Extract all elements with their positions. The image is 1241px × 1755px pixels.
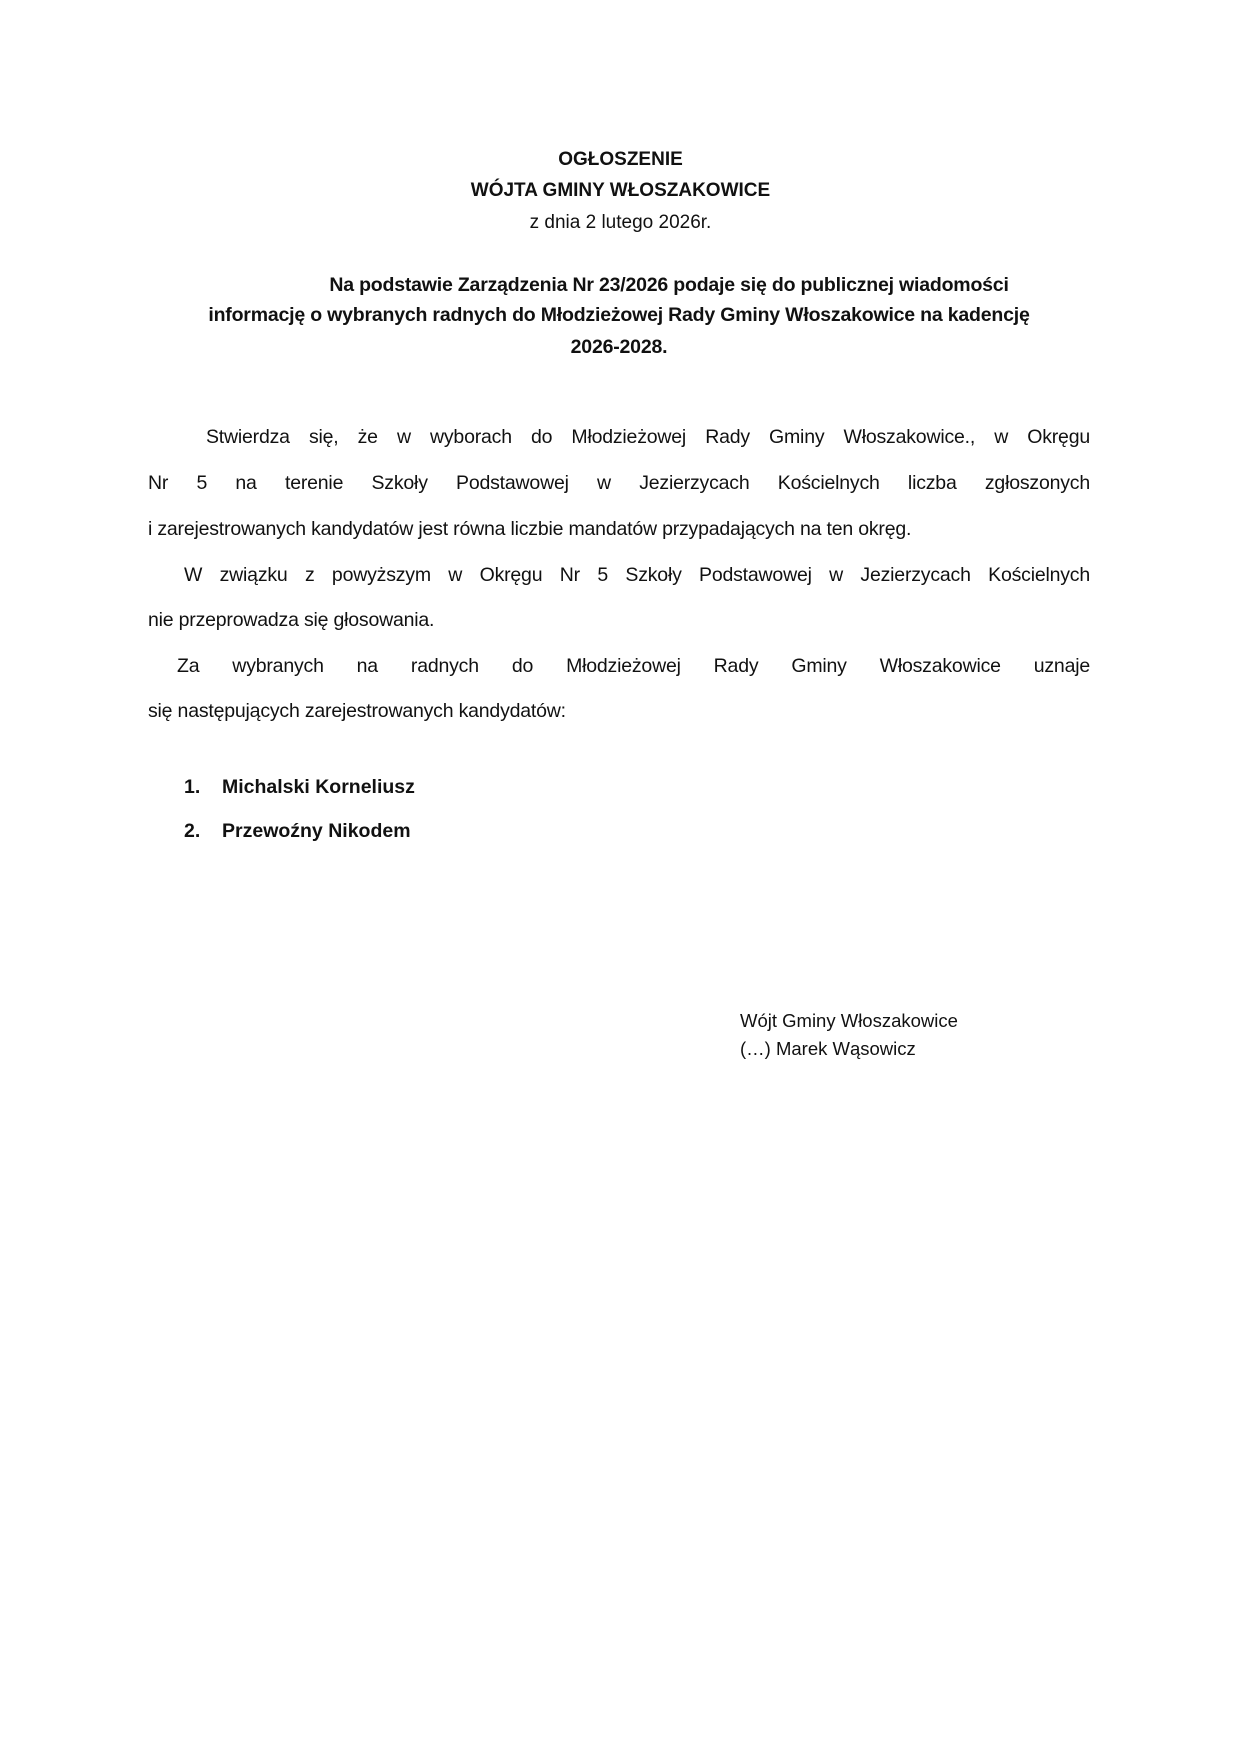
intro-line-3: 2026-2028. xyxy=(150,336,1088,359)
paragraph-1-line-2: Nr 5 na terenie Szkoły Podstawowej w Jez… xyxy=(148,472,1090,495)
document-page: OGŁOSZENIE WÓJTA GMINY WŁOSZAKOWICE z dn… xyxy=(0,0,1241,1755)
paragraph-2-line-1: W związku z powyższym w Okręgu Nr 5 Szko… xyxy=(184,564,1090,587)
list-item-number: 2. xyxy=(184,820,222,843)
paragraph-3-line-1: Za wybranych na radnych do Młodzieżowej … xyxy=(177,655,1090,678)
signature-position: Wójt Gminy Włoszakowice xyxy=(740,1010,958,1032)
intro-line-2: informację o wybranych radnych do Młodzi… xyxy=(150,304,1088,327)
intro-line-1: Na podstawie Zarządzenia Nr 23/2026 poda… xyxy=(150,274,1088,297)
paragraph-2-line-2: nie przeprowadza się głosowania. xyxy=(148,609,1090,632)
document-issuer: WÓJTA GMINY WŁOSZAKOWICE xyxy=(0,180,1241,202)
document-date: z dnia 2 lutego 2026r. xyxy=(0,212,1241,234)
list-item: 1.Michalski Korneliusz xyxy=(184,776,415,799)
paragraph-3-line-2: się następujących zarejestrowanych kandy… xyxy=(148,700,1090,723)
document-title: OGŁOSZENIE xyxy=(0,149,1241,171)
paragraph-1-line-1: Stwierdza się, że w wyborach do Młodzież… xyxy=(206,426,1090,449)
candidate-name: Michalski Korneliusz xyxy=(222,776,415,798)
candidate-name: Przewoźny Nikodem xyxy=(222,820,411,842)
list-item: 2.Przewoźny Nikodem xyxy=(184,820,411,843)
signature-name: (…) Marek Wąsowicz xyxy=(740,1038,916,1060)
paragraph-1-line-3: i zarejestrowanych kandydatów jest równa… xyxy=(148,518,1090,541)
list-item-number: 1. xyxy=(184,776,222,799)
